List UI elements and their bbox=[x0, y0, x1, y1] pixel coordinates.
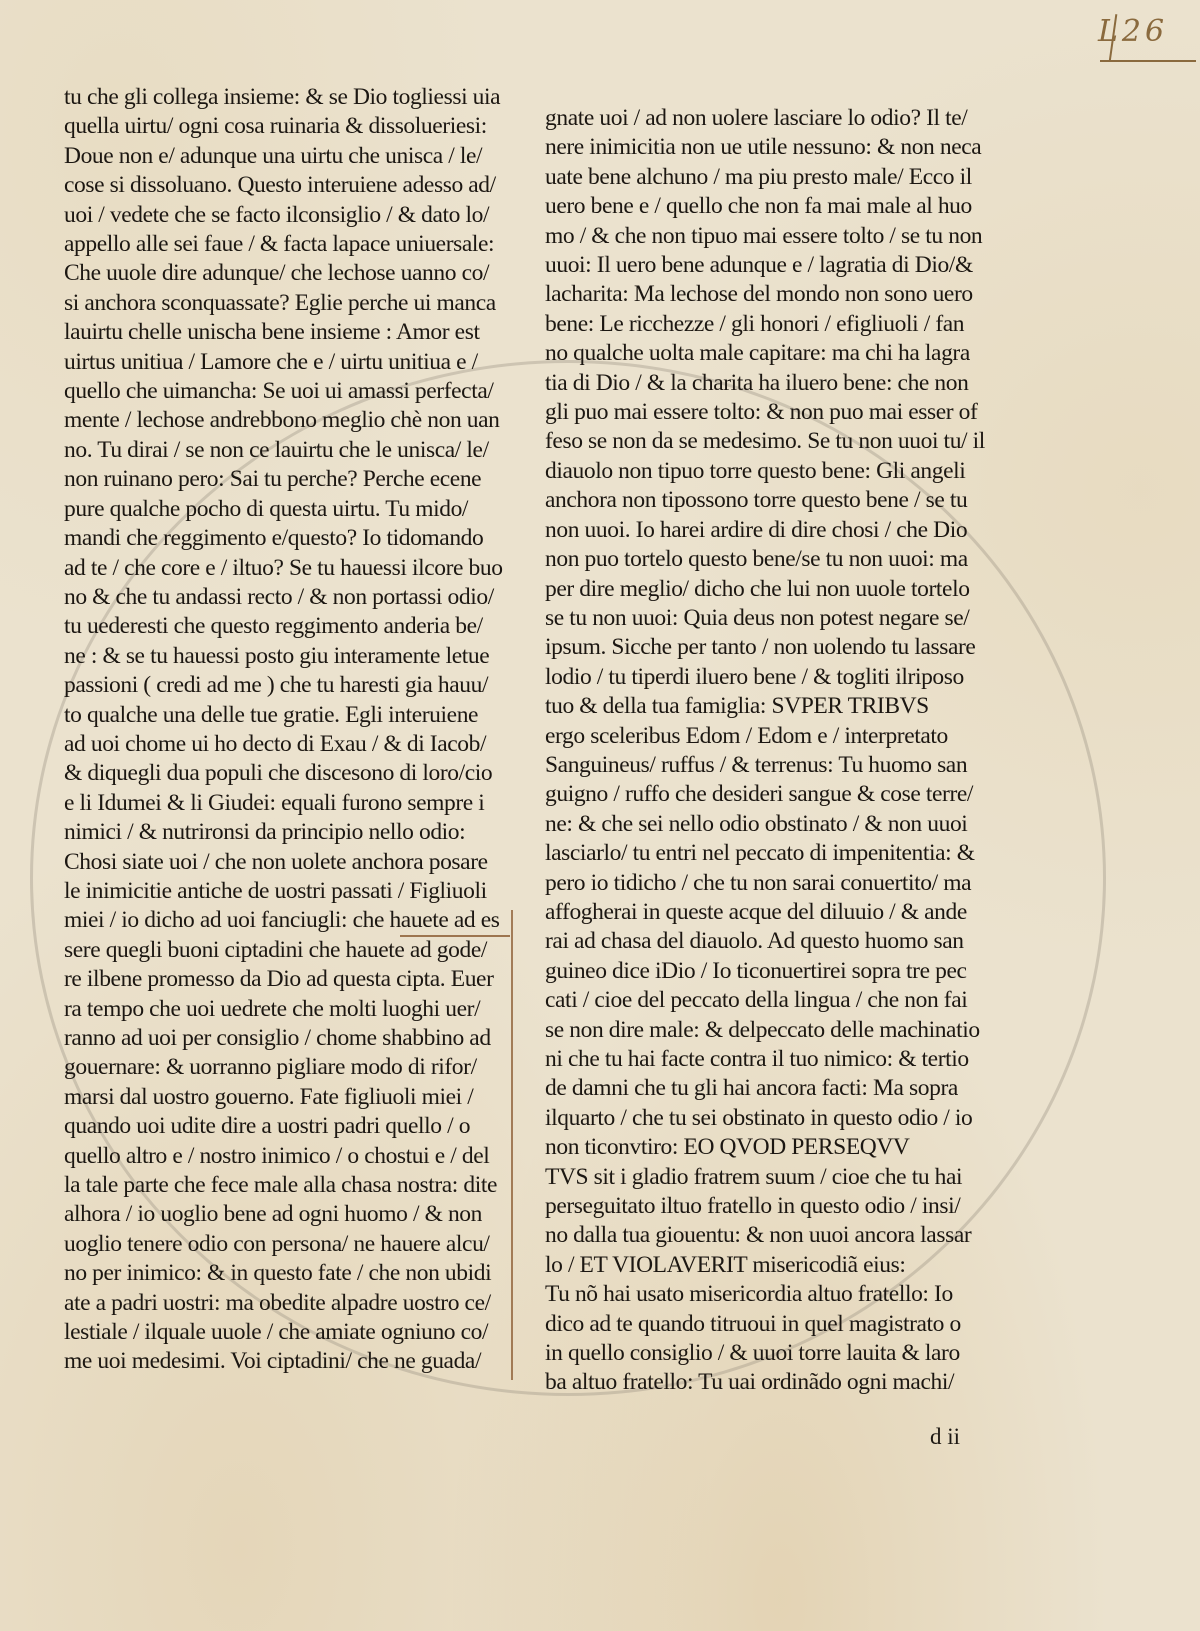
text-line: tia di Dio / & la charita ha iluero bene… bbox=[545, 369, 1005, 398]
text-line: Che uuole dire adunque/ che lechose uann… bbox=[64, 259, 509, 288]
text-line: Doue non e/ adunque una uirtu che unisca… bbox=[64, 142, 509, 171]
text-line: lestiale / ilquale uuole / che amiate og… bbox=[64, 1318, 509, 1347]
text-line: ad te / che core e / iltuo? Se tu hauess… bbox=[64, 554, 509, 583]
text-line: guineo dice iDio / Io ticonuertirei sopr… bbox=[545, 957, 1005, 986]
text-line: ad uoi chome ui ho decto di Exau / & di … bbox=[64, 730, 509, 759]
signature-mark: d ii bbox=[930, 1424, 960, 1450]
text-line: ate a padri uostri: ma obedite alpadre u… bbox=[64, 1289, 509, 1318]
text-line: no dalla tua giouentu: & non uuoi ancora… bbox=[545, 1221, 1005, 1250]
text-line: tu uederesti che questo reggimento ander… bbox=[64, 612, 509, 641]
text-line: gli puo mai essere tolto: & non puo mai … bbox=[545, 398, 1005, 427]
text-line: non ticonvtiro: EO QVOD PERSEQVV bbox=[545, 1133, 1005, 1162]
text-line: marsi dal uostro gouerno. Fate figliuoli… bbox=[64, 1083, 509, 1112]
text-line: anchora non tipossono torre questo bene … bbox=[545, 486, 1005, 515]
text-line: ni che tu hai facte contra il tuo nimico… bbox=[545, 1045, 1005, 1074]
text-line: uuoi: Il uero bene adunque e / lagratia … bbox=[545, 251, 1005, 280]
text-line: re ilbene promesso da Dio ad questa cipt… bbox=[64, 965, 509, 994]
text-line: in quello consiglio / & uuoi torre lauit… bbox=[545, 1339, 1005, 1368]
text-line: dico ad te quando titruoui in quel magis… bbox=[545, 1310, 1005, 1339]
text-line: se tu non uuoi: Quia deus non potest neg… bbox=[545, 604, 1005, 633]
text-line: uirtus unitiua / Lamore che e / uirtu un… bbox=[64, 348, 509, 377]
text-line: no per inimico: & in questo fate / che n… bbox=[64, 1259, 509, 1288]
book-page: L26 tu che gli collega insieme: & se Dio… bbox=[0, 0, 1200, 1631]
text-line: bene: Le ricchezze / gli honori / efigli… bbox=[545, 310, 1005, 339]
text-line: & diquegli dua populi che discesono di l… bbox=[64, 759, 509, 788]
text-line: tuo & della tua famiglia: SVPER TRIBVS bbox=[545, 692, 1005, 721]
text-line: Chosi siate uoi / che non uolete anchora… bbox=[64, 848, 509, 877]
text-line: tu che gli collega insieme: & se Dio tog… bbox=[64, 83, 509, 112]
text-line: me uoi medesimi. Voi ciptadini/ che ne g… bbox=[64, 1347, 509, 1376]
text-line: se non dire male: & delpeccato delle mac… bbox=[545, 1016, 1005, 1045]
text-line: uero bene e / quello che non fa mai male… bbox=[545, 192, 1005, 221]
text-line: ilquarto / che tu sei obstinato in quest… bbox=[545, 1104, 1005, 1133]
text-line: quello che uimancha: Se uoi ui amassi pe… bbox=[64, 377, 509, 406]
text-line: alhora / io uoglio bene ad ogni huomo / … bbox=[64, 1200, 509, 1229]
folio-annotation-underline bbox=[1100, 60, 1196, 62]
text-line: no qualche uolta male capitare: ma chi h… bbox=[545, 339, 1005, 368]
marginal-underline bbox=[400, 935, 510, 937]
text-line: lacharita: Ma lechose del mondo non sono… bbox=[545, 280, 1005, 309]
text-line: lo / ET VIOLAVERIT misericodiã eius: bbox=[545, 1251, 1005, 1280]
text-line: to qualche una delle tue gratie. Egli in… bbox=[64, 701, 509, 730]
text-line: affogherai in queste acque del diluuio /… bbox=[545, 898, 1005, 927]
text-line: ne: & che sei nello odio obstinato / & n… bbox=[545, 810, 1005, 839]
text-line: nimici / & nutrironsi da principio nello… bbox=[64, 818, 509, 847]
text-line: no. Tu dirai / se non ce lauirtu che le … bbox=[64, 436, 509, 465]
text-line: feso se non da se medesimo. Se tu non uu… bbox=[545, 427, 1005, 456]
text-line: quello altro e / nostro inimico / o chos… bbox=[64, 1142, 509, 1171]
text-line: si anchora sconquassate? Eglie perche ui… bbox=[64, 289, 509, 318]
text-line: appello alle sei faue / & facta lapace u… bbox=[64, 230, 509, 259]
text-line: mente / lechose andrebbono meglio chè no… bbox=[64, 406, 509, 435]
text-line: ipsum. Sicche per tanto / non uolendo tu… bbox=[545, 633, 1005, 662]
right-column: gnate uoi / ad non uolere lasciare lo od… bbox=[545, 104, 1005, 1398]
text-line: perseguitato iltuo fratello in questo od… bbox=[545, 1192, 1005, 1221]
text-line: mandi che reggimento e/questo? Io tidoma… bbox=[64, 524, 509, 553]
text-line: uoglio tenere odio con persona/ ne hauer… bbox=[64, 1230, 509, 1259]
text-line: nere inimicitia non ue utile nessuno: & … bbox=[545, 133, 1005, 162]
text-line: passioni ( credi ad me ) che tu haresti … bbox=[64, 671, 509, 700]
text-line: pure qualche pocho di questa uirtu. Tu m… bbox=[64, 495, 509, 524]
text-line: non uuoi. Io harei ardire di dire chosi … bbox=[545, 516, 1005, 545]
left-column: tu che gli collega insieme: & se Dio tog… bbox=[64, 83, 509, 1377]
text-line: diauolo non tipuo torre questo bene: Gli… bbox=[545, 457, 1005, 486]
text-line: ba altuo fratello: Tu uai ordinãdo ogni … bbox=[545, 1368, 1005, 1397]
text-line: quando uoi udite dire a uostri padri que… bbox=[64, 1112, 509, 1141]
text-line: gnate uoi / ad non uolere lasciare lo od… bbox=[545, 104, 1005, 133]
text-line: rai ad chasa del diauolo. Ad questo huom… bbox=[545, 927, 1005, 956]
text-line: le inimicitie antiche de uostri passati … bbox=[64, 877, 509, 906]
text-line: Tu nõ hai usato misericordia altuo frate… bbox=[545, 1280, 1005, 1309]
text-line: ne : & se tu hauessi posto giu interamen… bbox=[64, 642, 509, 671]
text-line: non puo tortelo questo bene/se tu non uu… bbox=[545, 545, 1005, 574]
text-line: Sanguineus/ ruffus / & terrenus: Tu huom… bbox=[545, 751, 1005, 780]
text-line: per dire meglio/ dicho che lui non uuole… bbox=[545, 575, 1005, 604]
text-line: ranno ad uoi per consiglio / chome shabb… bbox=[64, 1024, 509, 1053]
text-line: gouernare: & uorranno pigliare modo di r… bbox=[64, 1053, 509, 1082]
text-line: ra tempo che uoi uedrete che molti luogh… bbox=[64, 995, 509, 1024]
text-line: sere quegli buoni ciptadini che hauete a… bbox=[64, 936, 509, 965]
text-line: guigno / ruffo che desideri sangue & cos… bbox=[545, 780, 1005, 809]
text-line: non ruinano pero: Sai tu perche? Perche … bbox=[64, 465, 509, 494]
text-line: e li Idumei & li Giudei: equali furono s… bbox=[64, 789, 509, 818]
marginal-bracket bbox=[505, 910, 513, 1380]
text-line: mo / & che non tipuo mai essere tolto / … bbox=[545, 222, 1005, 251]
text-line: cati / cioe del peccato della lingua / c… bbox=[545, 986, 1005, 1015]
text-line: lasciarlo/ tu entri nel peccato di impen… bbox=[545, 839, 1005, 868]
folio-annotation: L26 bbox=[1098, 14, 1168, 49]
text-line: uate bene alchuno / ma piu presto male/ … bbox=[545, 163, 1005, 192]
text-line: pero io tidicho / che tu non sarai conue… bbox=[545, 869, 1005, 898]
text-line: lodio / tu tiperdi iluero bene / & togli… bbox=[545, 663, 1005, 692]
text-line: quella uirtu/ ogni cosa ruinaria & disso… bbox=[64, 112, 509, 141]
text-line: no & che tu andassi recto / & non portas… bbox=[64, 583, 509, 612]
text-line: uoi / vedete che se facto ilconsiglio / … bbox=[64, 201, 509, 230]
text-line: lauirtu chelle unischa bene insieme : Am… bbox=[64, 318, 509, 347]
text-line: la tale parte che fece male alla chasa n… bbox=[64, 1171, 509, 1200]
text-line: ergo sceleribus Edom / Edom e / interpre… bbox=[545, 722, 1005, 751]
text-line: miei / io dicho ad uoi fanciugli: che ha… bbox=[64, 906, 509, 935]
text-line: de damni che tu gli hai ancora facti: Ma… bbox=[545, 1074, 1005, 1103]
text-line: cose si dissoluano. Questo interuiene ad… bbox=[64, 171, 509, 200]
text-line: TVS sit i gladio fratrem suum / cioe che… bbox=[545, 1163, 1005, 1192]
